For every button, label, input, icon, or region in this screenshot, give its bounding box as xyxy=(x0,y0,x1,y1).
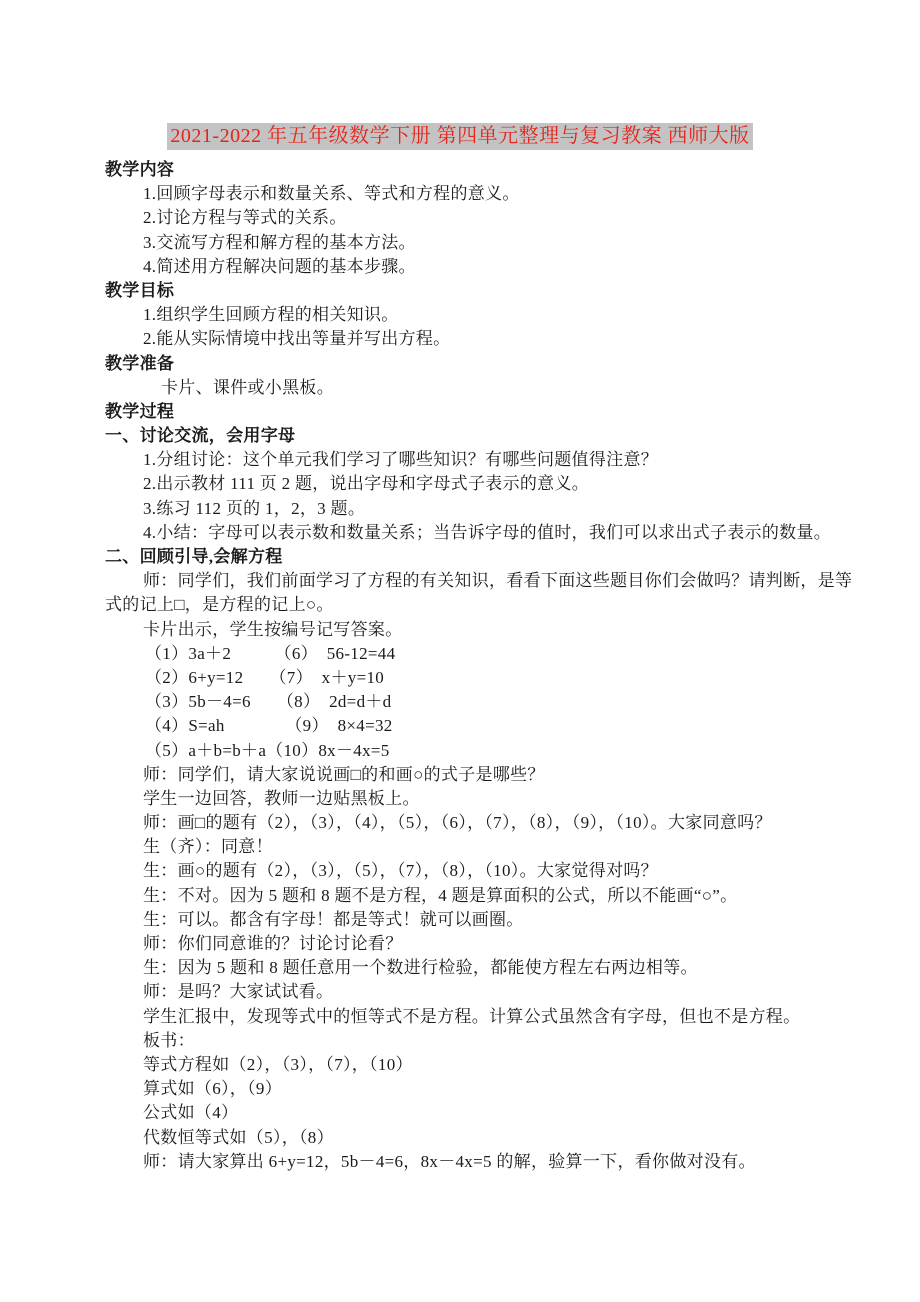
paragraph-line: 4.简述用方程解决问题的基本步骤。 xyxy=(105,255,865,279)
paragraph-line: 学生汇报中，发现等式中的恒等式不是方程。计算公式虽然含有字母，但也不是方程。 xyxy=(105,1005,865,1029)
equation-line: （3）5b－4=6 （8） 2d=d＋d xyxy=(105,690,865,714)
section-heading: 教学准备 xyxy=(105,352,865,376)
paragraph-line: 卡片、课件或小黑板。 xyxy=(105,376,865,400)
document-title: 2021-2022 年五年级数学下册 第四单元整理与复习教案 西师大版 xyxy=(167,123,752,150)
paragraph-line: 师：同学们，我们前面学习了方程的有关知识，看看下面这些题目你们会做吗？请判断，是… xyxy=(105,569,865,593)
paragraph-line: 学生一边回答，教师一边贴黑板上。 xyxy=(105,787,865,811)
paragraph-line: 算式如（6），（9） xyxy=(105,1077,865,1101)
paragraph-line: 代数恒等式如（5），（8） xyxy=(105,1126,865,1150)
document-page: 2021-2022 年五年级数学下册 第四单元整理与复习教案 西师大版 教学内容… xyxy=(0,0,920,1302)
section-heading: 教学目标 xyxy=(105,279,865,303)
equation-line: （5）a＋b=b＋a（10）8x－4x=5 xyxy=(105,739,865,763)
paragraph-line: 生：画○的题有（2），（3），（5），（7），（8），（10）。大家觉得对吗？ xyxy=(105,859,865,883)
paragraph-line: 4.小结：字母可以表示数和数量关系；当告诉字母的值时，我们可以求出式子表示的数量… xyxy=(105,521,865,545)
section-heading: 教学过程 xyxy=(105,400,865,424)
section-heading: 二、回顾引导,会解方程 xyxy=(105,545,865,569)
paragraph-line: 等式方程如（2），（3），（7），（10） xyxy=(105,1053,865,1077)
equation-line: （4）S=ah （9） 8×4=32 xyxy=(105,714,865,738)
paragraph-line: 式的记上□，是方程的记上○。 xyxy=(105,593,865,617)
paragraph-line: 生：因为 5 题和 8 题任意用一个数进行检验，都能使方程左右两边相等。 xyxy=(105,956,865,980)
paragraph-line: 公式如（4） xyxy=(105,1101,865,1125)
paragraph-line: 师：你们同意谁的？讨论讨论看？ xyxy=(105,932,865,956)
paragraph-line: 师：同学们，请大家说说画□的和画○的式子是哪些？ xyxy=(105,763,865,787)
document-body: 教学内容1.回顾字母表示和数量关系、等式和方程的意义。2.讨论方程与等式的关系。… xyxy=(105,158,865,1174)
paragraph-line: 板书： xyxy=(105,1029,865,1053)
section-heading: 教学内容 xyxy=(105,158,865,182)
paragraph-line: 生（齐）：同意！ xyxy=(105,835,865,859)
paragraph-line: 师：画□的题有（2），（3），（4），（5），（6），（7），（8），（9），（… xyxy=(105,811,865,835)
paragraph-line: 3.交流写方程和解方程的基本方法。 xyxy=(105,231,865,255)
paragraph-line: 2.能从实际情境中找出等量并写出方程。 xyxy=(105,327,865,351)
section-heading: 一、讨论交流，会用字母 xyxy=(105,424,865,448)
paragraph-line: 2.讨论方程与等式的关系。 xyxy=(105,206,865,230)
paragraph-line: 生：可以。都含有字母！都是等式！就可以画圈。 xyxy=(105,908,865,932)
paragraph-line: 2.出示教材 111 页 2 题，说出字母和字母式子表示的意义。 xyxy=(105,472,865,496)
equation-line: （1）3a＋2 （6） 56-12=44 xyxy=(105,642,865,666)
paragraph-line: 1.分组讨论：这个单元我们学习了哪些知识？有哪些问题值得注意？ xyxy=(105,448,865,472)
paragraph-line: 3.练习 112 页的 1，2，3 题。 xyxy=(105,497,865,521)
paragraph-line: 师：是吗？大家试试看。 xyxy=(105,980,865,1004)
paragraph-line: 卡片出示，学生按编号记写答案。 xyxy=(105,618,865,642)
paragraph-line: 师：请大家算出 6+y=12，5b－4=6，8x－4x=5 的解，验算一下，看你… xyxy=(105,1150,865,1174)
paragraph-line: 1.回顾字母表示和数量关系、等式和方程的意义。 xyxy=(105,182,865,206)
paragraph-line: 1.组织学生回顾方程的相关知识。 xyxy=(105,303,865,327)
document-title-row: 2021-2022 年五年级数学下册 第四单元整理与复习教案 西师大版 xyxy=(0,123,920,150)
equation-line: （2）6+y=12 （7） x＋y=10 xyxy=(105,666,865,690)
paragraph-line: 生：不对。因为 5 题和 8 题不是方程，4 题是算面积的公式，所以不能画“○”… xyxy=(105,884,865,908)
